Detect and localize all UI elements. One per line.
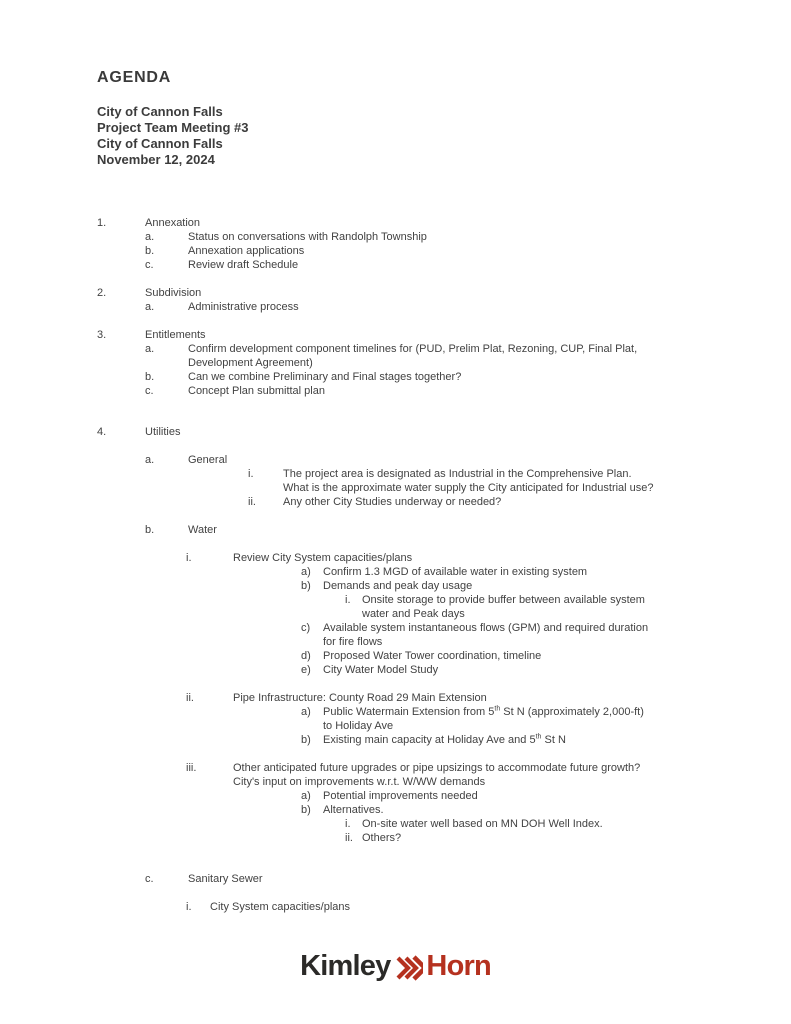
item-marker: a) xyxy=(301,789,311,803)
item-text: Review draft Schedule xyxy=(188,258,733,272)
agenda-item: iii.Other anticipated future upgrades or… xyxy=(0,761,791,789)
item-marker: c. xyxy=(145,872,154,886)
agenda-item: b)Existing main capacity at Holiday Ave … xyxy=(0,733,791,747)
item-text: Public Watermain Extension from 5th St N… xyxy=(323,705,733,733)
item-marker: a) xyxy=(301,705,311,719)
item-text: Other anticipated future upgrades or pip… xyxy=(233,761,733,789)
item-marker: 3. xyxy=(97,328,106,342)
document-header: AGENDA City of Cannon Falls Project Team… xyxy=(97,69,248,168)
agenda-item: 2.Subdivision xyxy=(0,286,791,300)
item-marker: b. xyxy=(145,244,154,258)
kimley-horn-logo: Kimley Horn xyxy=(0,950,791,983)
agenda-item: b.Water xyxy=(0,523,791,537)
item-marker: i. xyxy=(345,817,351,831)
item-text: City System capacities/plans xyxy=(210,900,733,914)
item-text: General xyxy=(188,453,733,467)
item-marker: iii. xyxy=(186,761,196,775)
agenda-item: c)Available system instantaneous flows (… xyxy=(0,621,791,649)
agenda-item: 4.Utilities xyxy=(0,425,791,439)
item-text: Utilities xyxy=(145,425,733,439)
item-marker: 1. xyxy=(97,216,106,230)
item-text: Review City System capacities/plans xyxy=(233,551,733,565)
item-text: Pipe Infrastructure: County Road 29 Main… xyxy=(233,691,733,705)
logo-horn-text: Horn xyxy=(426,950,490,983)
agenda-item: b.Can we combine Preliminary and Final s… xyxy=(0,370,791,384)
triple-chevron-right-icon xyxy=(395,955,423,981)
document-page: AGENDA City of Cannon Falls Project Team… xyxy=(0,0,791,1024)
item-marker: ii. xyxy=(345,831,353,845)
header-meeting-name: Project Team Meeting #3 xyxy=(97,120,248,136)
agenda-item: i.The project area is designated as Indu… xyxy=(0,467,791,495)
item-marker: a) xyxy=(301,565,311,579)
agenda-item: b)Alternatives. xyxy=(0,803,791,817)
agenda-item: d)Proposed Water Tower coordination, tim… xyxy=(0,649,791,663)
agenda-item: a)Confirm 1.3 MGD of available water in … xyxy=(0,565,791,579)
item-text: Confirm 1.3 MGD of available water in ex… xyxy=(323,565,733,579)
item-text: Sanitary Sewer xyxy=(188,872,733,886)
item-text: Alternatives. xyxy=(323,803,733,817)
agenda-list: 1.Annexationa.Status on conversations wi… xyxy=(0,216,791,914)
agenda-item: 3.Entitlements xyxy=(0,328,791,342)
item-text: Onsite storage to provide buffer between… xyxy=(362,593,733,621)
item-marker: c. xyxy=(145,258,154,272)
item-marker: i. xyxy=(186,900,192,914)
item-text: Potential improvements needed xyxy=(323,789,733,803)
item-marker: ii. xyxy=(186,691,194,705)
item-marker: a. xyxy=(145,300,154,314)
agenda-item: a)Public Watermain Extension from 5th St… xyxy=(0,705,791,733)
agenda-item: ii.Any other City Studies underway or ne… xyxy=(0,495,791,509)
agenda-item: 1.Annexation xyxy=(0,216,791,230)
item-text: Confirm development component timelines … xyxy=(188,342,733,370)
item-text: Can we combine Preliminary and Final sta… xyxy=(188,370,733,384)
item-marker: a. xyxy=(145,230,154,244)
logo-kimley-text: Kimley xyxy=(300,950,390,983)
item-text: Proposed Water Tower coordination, timel… xyxy=(323,649,733,663)
agenda-item: c.Review draft Schedule xyxy=(0,258,791,272)
item-marker: c. xyxy=(145,384,154,398)
agenda-item: a.Confirm development component timeline… xyxy=(0,342,791,370)
agenda-item: a.Status on conversations with Randolph … xyxy=(0,230,791,244)
item-text: Available system instantaneous flows (GP… xyxy=(323,621,733,649)
agenda-item: b)Demands and peak day usage xyxy=(0,579,791,593)
item-text: Annexation xyxy=(145,216,733,230)
agenda-item: c.Concept Plan submittal plan xyxy=(0,384,791,398)
agenda-item: a.General xyxy=(0,453,791,467)
item-marker: ii. xyxy=(248,495,256,509)
item-marker: e) xyxy=(301,663,311,677)
item-marker: i. xyxy=(248,467,254,481)
item-text: Administrative process xyxy=(188,300,733,314)
item-text: Status on conversations with Randolph To… xyxy=(188,230,733,244)
agenda-item: a.Administrative process xyxy=(0,300,791,314)
item-text: Demands and peak day usage xyxy=(323,579,733,593)
item-text: Annexation applications xyxy=(188,244,733,258)
agenda-item: ii.Pipe Infrastructure: County Road 29 M… xyxy=(0,691,791,705)
item-text: Entitlements xyxy=(145,328,733,342)
agenda-item: ii.Others? xyxy=(0,831,791,845)
item-text: Water xyxy=(188,523,733,537)
item-marker: a. xyxy=(145,453,154,467)
document-title: AGENDA xyxy=(97,69,248,87)
item-marker: a. xyxy=(145,342,154,356)
item-marker: c) xyxy=(301,621,310,635)
item-marker: b) xyxy=(301,579,311,593)
header-organization: City of Cannon Falls xyxy=(97,104,248,120)
item-text: Concept Plan submittal plan xyxy=(188,384,733,398)
agenda-item: i.Review City System capacities/plans xyxy=(0,551,791,565)
item-marker: d) xyxy=(301,649,311,663)
agenda-item: i.Onsite storage to provide buffer betwe… xyxy=(0,593,791,621)
agenda-item: i.On-site water well based on MN DOH Wel… xyxy=(0,817,791,831)
agenda-item: i.City System capacities/plans xyxy=(0,900,791,914)
item-text: Subdivision xyxy=(145,286,733,300)
item-marker: 4. xyxy=(97,425,106,439)
item-text: Existing main capacity at Holiday Ave an… xyxy=(323,733,733,747)
item-marker: i. xyxy=(186,551,192,565)
item-text: On-site water well based on MN DOH Well … xyxy=(362,817,733,831)
item-marker: b) xyxy=(301,733,311,747)
item-text: Others? xyxy=(362,831,733,845)
item-text: Any other City Studies underway or neede… xyxy=(283,495,733,509)
item-text: The project area is designated as Indust… xyxy=(283,467,733,495)
agenda-item: c.Sanitary Sewer xyxy=(0,872,791,886)
item-marker: b) xyxy=(301,803,311,817)
item-marker: b. xyxy=(145,523,154,537)
header-organization-repeat: City of Cannon Falls xyxy=(97,136,248,152)
item-marker: b. xyxy=(145,370,154,384)
agenda-item: a)Potential improvements needed xyxy=(0,789,791,803)
item-marker: i. xyxy=(345,593,351,607)
agenda-item: b.Annexation applications xyxy=(0,244,791,258)
header-date: November 12, 2024 xyxy=(97,152,248,168)
agenda-item: e)City Water Model Study xyxy=(0,663,791,677)
item-marker: 2. xyxy=(97,286,106,300)
item-text: City Water Model Study xyxy=(323,663,733,677)
